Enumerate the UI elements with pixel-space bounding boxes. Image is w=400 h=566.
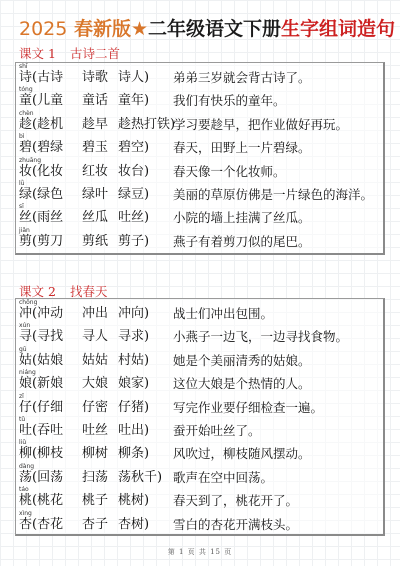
word-2: 冲出: [82, 306, 118, 321]
example-sentence: 歌声在空中回荡。: [173, 470, 273, 485]
word-2: 趁早: [82, 117, 118, 132]
table-row: táo桃(桃花桃子桃树)春天到了，桃花开了。: [16, 486, 383, 509]
word-group: 柳(柳枝柳树柳条): [19, 446, 149, 461]
table-row: gū姑(姑娘姑姑村姑)她是个美丽清秀的姑娘。: [16, 346, 383, 369]
word-3: 吐丝): [118, 210, 149, 225]
lesson-label: 课文 2: [19, 284, 56, 299]
word-group: 姑(姑娘姑姑村姑): [19, 353, 149, 368]
word-2: 桃子: [82, 493, 118, 508]
word-1: 吐(吞吐: [19, 423, 82, 438]
example-sentence: 蚕开始吐丝了。: [173, 423, 261, 438]
pinyin: chōng: [19, 299, 37, 306]
pinyin: jiǎn: [19, 227, 30, 234]
table-row: liǔ柳(柳枝柳树柳条)风吹过，柳枝随风摆动。: [16, 439, 383, 462]
example-sentence: 她是个美丽清秀的姑娘。: [173, 353, 311, 368]
example-sentence: 风吹过，柳枝随风摆动。: [173, 446, 311, 461]
example-sentence: 燕子有着剪刀似的尾巴。: [173, 234, 311, 249]
pinyin: lǜ: [19, 180, 24, 187]
word-3: 吐出): [118, 423, 149, 438]
word-2: 仔密: [82, 400, 118, 415]
word-2: 丝瓜: [82, 210, 118, 225]
lesson-label: 课文 1: [19, 46, 56, 61]
pinyin: gū: [19, 346, 27, 353]
word-3: 杏树): [118, 517, 149, 532]
word-2: 红妆: [82, 164, 118, 179]
word-3: 妆台): [118, 164, 149, 179]
word-group: 吐(吞吐吐丝吐出): [19, 423, 149, 438]
word-2: 诗歌: [82, 70, 118, 85]
word-1: 趁(趁机: [19, 117, 82, 132]
example-sentence: 写完作业要仔细检查一遍。: [173, 400, 323, 415]
word-3: 剪子): [118, 234, 149, 249]
example-sentence: 这位大娘是个热情的人。: [173, 376, 311, 391]
example-sentence: 小燕子一边飞，一边寻找食物。: [173, 329, 348, 344]
table-row: tǔ吐(吞吐吐丝吐出)蚕开始吐丝了。: [16, 416, 383, 439]
pinyin: tǔ: [19, 416, 25, 423]
table-row: dàng荡(回荡扫荡荡秋千)歌声在空中回荡。: [16, 463, 383, 486]
word-1: 绿(绿色: [19, 187, 82, 202]
word-1: 仔(仔细: [19, 400, 82, 415]
word-group: 碧(碧绿碧玉碧空): [19, 140, 149, 155]
example-sentence: 战士们冲出包围。: [173, 306, 273, 321]
pinyin: shī: [19, 63, 28, 70]
word-1: 剪(剪刀: [19, 234, 82, 249]
lesson-name: 古诗二首: [70, 46, 120, 61]
word-group: 仔(仔细仔密仔猪): [19, 400, 149, 415]
lesson-heading-1: 课文 1古诗二首: [19, 44, 120, 62]
word-1: 娘(新娘: [19, 376, 82, 391]
word-group: 绿(绿色绿叶绿豆): [19, 187, 149, 202]
word-2: 童话: [82, 93, 118, 108]
pinyin: zhuāng: [19, 157, 41, 164]
word-3: 绿豆): [118, 187, 149, 202]
word-group: 荡(回荡扫荡荡秋千): [19, 470, 162, 485]
example-sentence: 春天，田野上一片碧绿。: [173, 140, 311, 155]
table-row: zhuāng妆(化妆红妆妆台)春天像一个化妆师。: [16, 157, 383, 180]
word-group: 剪(剪刀剪纸剪子): [19, 234, 149, 249]
word-1: 柳(柳枝: [19, 446, 82, 461]
word-1: 妆(化妆: [19, 164, 82, 179]
word-2: 绿叶: [82, 187, 118, 202]
title-edition: 春新版★: [74, 18, 148, 40]
word-3: 仔猪): [118, 400, 149, 415]
table-row: xìng杏(杏花杏子杏树)雪白的杏花开满枝头。: [16, 510, 383, 533]
word-3: 冲向): [118, 306, 149, 321]
word-group: 杏(杏花杏子杏树): [19, 517, 149, 532]
title-grade: 二年级语文下册: [148, 18, 281, 40]
lesson-name: 找春天: [70, 284, 108, 299]
table-row: jiǎn剪(剪刀剪纸剪子)燕子有着剪刀似的尾巴。: [16, 227, 383, 250]
word-3: 寻求): [118, 329, 149, 344]
word-1: 杏(杏花: [19, 517, 82, 532]
word-2: 柳树: [82, 446, 118, 461]
word-2: 剪纸: [82, 234, 118, 249]
word-1: 童(儿童: [19, 93, 82, 108]
table-row: chèn趁(趁机趁早趁热打铁)学习要趁早，把作业做好再玩。: [16, 110, 383, 133]
word-1: 寻(寻找: [19, 329, 82, 344]
word-group: 丝(雨丝丝瓜吐丝): [19, 210, 149, 225]
word-1: 姑(姑娘: [19, 353, 82, 368]
word-3: 柳条): [118, 446, 149, 461]
table-row: zǐ仔(仔细仔密仔猪)写完作业要仔细检查一遍。: [16, 393, 383, 416]
word-3: 桃树): [118, 493, 149, 508]
word-3: 趁热打铁): [118, 117, 175, 132]
word-group: 冲(冲动冲出冲向): [19, 306, 149, 321]
example-sentence: 弟弟三岁就会背古诗了。: [173, 70, 311, 85]
example-sentence: 春天像一个化妆师。: [173, 164, 286, 179]
pinyin: zǐ: [19, 393, 24, 400]
word-3: 童年): [118, 93, 149, 108]
word-1: 荡(回荡: [19, 470, 82, 485]
example-sentence: 小院的墙上挂满了丝瓜。: [173, 210, 311, 225]
word-2: 寻人: [82, 329, 118, 344]
table-row: niáng娘(新娘大娘娘家)这位大娘是个热情的人。: [16, 369, 383, 392]
word-1: 冲(冲动: [19, 306, 82, 321]
word-group: 寻(寻找寻人寻求): [19, 329, 149, 344]
word-group: 趁(趁机趁早趁热打铁): [19, 117, 175, 132]
pinyin: sī: [19, 203, 24, 210]
word-3: 诗人): [118, 70, 149, 85]
example-sentence: 雪白的杏花开满枝头。: [173, 517, 298, 532]
example-sentence: 春天到了，桃花开了。: [173, 493, 298, 508]
word-group: 桃(桃花桃子桃树): [19, 493, 149, 508]
pinyin: bì: [19, 133, 24, 140]
table-row: shī诗(古诗诗歌诗人)弟弟三岁就会背古诗了。: [16, 63, 383, 86]
word-1: 丝(雨丝: [19, 210, 82, 225]
table-row: chōng冲(冲动冲出冲向)战士们冲出包围。: [16, 299, 383, 322]
title-year: 2025: [19, 18, 67, 40]
word-group: 童(儿童童话童年): [19, 93, 149, 108]
word-2: 吐丝: [82, 423, 118, 438]
pinyin: dàng: [19, 463, 34, 470]
word-2: 大娘: [82, 376, 118, 391]
table-row: sī丝(雨丝丝瓜吐丝)小院的墙上挂满了丝瓜。: [16, 203, 383, 226]
example-sentence: 学习要趁早，把作业做好再玩。: [173, 117, 348, 132]
table-row: xún寻(寻找寻人寻求)小燕子一边飞，一边寻找食物。: [16, 322, 383, 345]
pinyin: xìng: [19, 510, 32, 517]
word-2: 杏子: [82, 517, 118, 532]
page-title: 2025 春新版★二年级语文下册生字组词造句: [19, 18, 395, 40]
table-row: tóng童(儿童童话童年)我们有快乐的童年。: [16, 86, 383, 109]
word-3: 碧空): [118, 140, 149, 155]
lesson-2-word-table: chōng冲(冲动冲出冲向)战士们冲出包围。xún寻(寻找寻人寻求)小燕子一边飞…: [15, 298, 385, 536]
word-1: 碧(碧绿: [19, 140, 82, 155]
pinyin: chèn: [19, 110, 34, 117]
word-1: 桃(桃花: [19, 493, 82, 508]
word-group: 诗(古诗诗歌诗人): [19, 70, 149, 85]
word-2: 碧玉: [82, 140, 118, 155]
word-3: 村姑): [118, 353, 149, 368]
example-sentence: 美丽的草原仿佛是一片绿色的海洋。: [173, 187, 373, 202]
example-sentence: 我们有快乐的童年。: [173, 93, 286, 108]
page-number: 第 1 页 共 15 页: [0, 547, 400, 557]
word-group: 娘(新娘大娘娘家): [19, 376, 149, 391]
word-2: 姑姑: [82, 353, 118, 368]
word-3: 荡秋千): [118, 470, 162, 485]
word-2: 扫荡: [82, 470, 118, 485]
table-row: bì碧(碧绿碧玉碧空)春天，田野上一片碧绿。: [16, 133, 383, 156]
lesson-1-word-table: shī诗(古诗诗歌诗人)弟弟三岁就会背古诗了。tóng童(儿童童话童年)我们有快…: [15, 62, 385, 255]
word-group: 妆(化妆红妆妆台): [19, 164, 149, 179]
word-1: 诗(古诗: [19, 70, 82, 85]
title-topic: 生字组词造句: [281, 18, 395, 40]
word-3: 娘家): [118, 376, 149, 391]
table-row: lǜ绿(绿色绿叶绿豆)美丽的草原仿佛是一片绿色的海洋。: [16, 180, 383, 203]
